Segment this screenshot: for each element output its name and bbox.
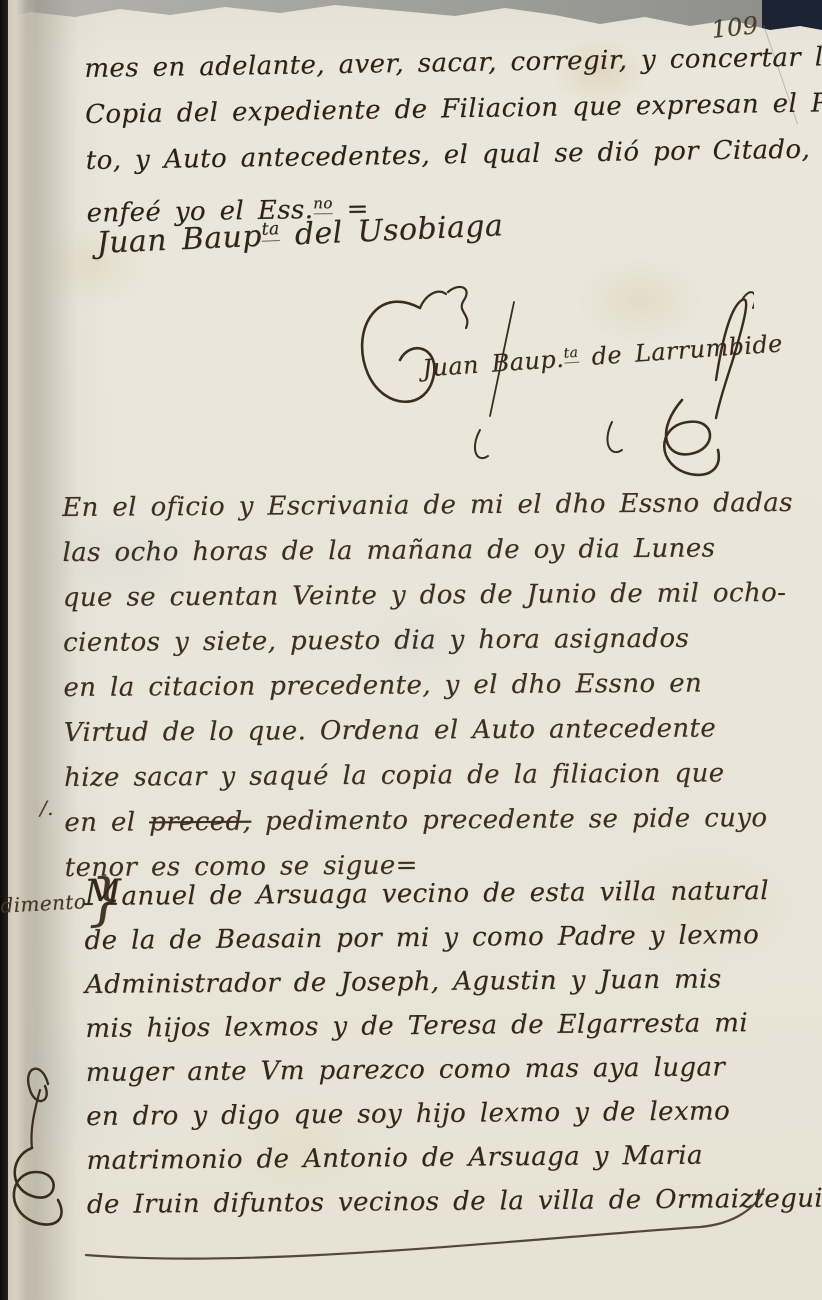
manuscript-line: que se cuentan Veinte y dos de Junio de … bbox=[63, 571, 794, 621]
closing-paragraph-lines: mes en adelante, aver, sacar, corregir, … bbox=[84, 32, 822, 184]
petition-paragraph: Manuel de Arsuaga vecino de esta villa n… bbox=[84, 866, 822, 1227]
margin-note-label: Pedimento bbox=[0, 889, 87, 919]
manuscript-line: muger ante Vm parezco como mas aya lugar bbox=[86, 1045, 822, 1095]
flourish-underline bbox=[0, 1175, 822, 1300]
diligencia-paragraph-lines: En el oficio y Escrivania de mi el dho E… bbox=[62, 481, 795, 801]
petition-paragraph-lines: Manuel de Arsuaga vecino de esta villa n… bbox=[84, 866, 822, 1227]
manuscript-line: Virtud de lo que. Ordena el Auto anteced… bbox=[64, 706, 795, 756]
superscript-ta: ta bbox=[563, 345, 579, 364]
manuscript-line: hize sacar y saqué la copia de la filiac… bbox=[64, 751, 795, 801]
manuscript-scan: 109 mes en adelante, aver, sacar, correg… bbox=[0, 0, 822, 1300]
manuscript-line: mis hijos lexmos y de Teresa de Elgarres… bbox=[85, 1001, 821, 1051]
superscript-no: no bbox=[313, 194, 333, 214]
margin-correction-mark: /. bbox=[40, 796, 54, 820]
manuscript-line: en la citacion precedente, y el dho Essn… bbox=[63, 661, 794, 711]
strike-line-post: pedimento precedente se pide cuyo bbox=[251, 803, 767, 837]
closing-paragraph: mes en adelante, aver, sacar, corregir, … bbox=[84, 32, 822, 236]
manuscript-line: En el oficio y Escrivania de mi el dho E… bbox=[62, 481, 793, 531]
notary-signature-larrumbide: Juan Baup.ta de Larrumbide bbox=[330, 278, 754, 482]
manuscript-line: las ocho horas de la mañana de oy dia Lu… bbox=[62, 526, 793, 576]
signature-name-pre: Juan Baup bbox=[96, 219, 263, 261]
superscript-ta: ta bbox=[261, 219, 280, 242]
struck-word: preced, bbox=[149, 807, 251, 838]
manuscript-line: de la de Beasain por mi y como Padre y l… bbox=[84, 913, 820, 963]
manuscript-line-strike: en el preced, pedimento precedente se pi… bbox=[64, 796, 795, 846]
manuscript-line: Administrador de Joseph, Agustin y Juan … bbox=[85, 957, 821, 1007]
signature-rubric-flourish bbox=[330, 278, 754, 482]
manuscript-line: Manuel de Arsuaga vecino de esta villa n… bbox=[84, 866, 821, 919]
manuscript-line: en dro y digo que soy hijo lexmo y de le… bbox=[86, 1089, 822, 1139]
diligencia-paragraph: En el oficio y Escrivania de mi el dho E… bbox=[62, 481, 796, 891]
manuscript-line: cientos y siete, puesto dia y hora asign… bbox=[63, 616, 794, 666]
strike-line-pre: en el bbox=[64, 807, 149, 838]
